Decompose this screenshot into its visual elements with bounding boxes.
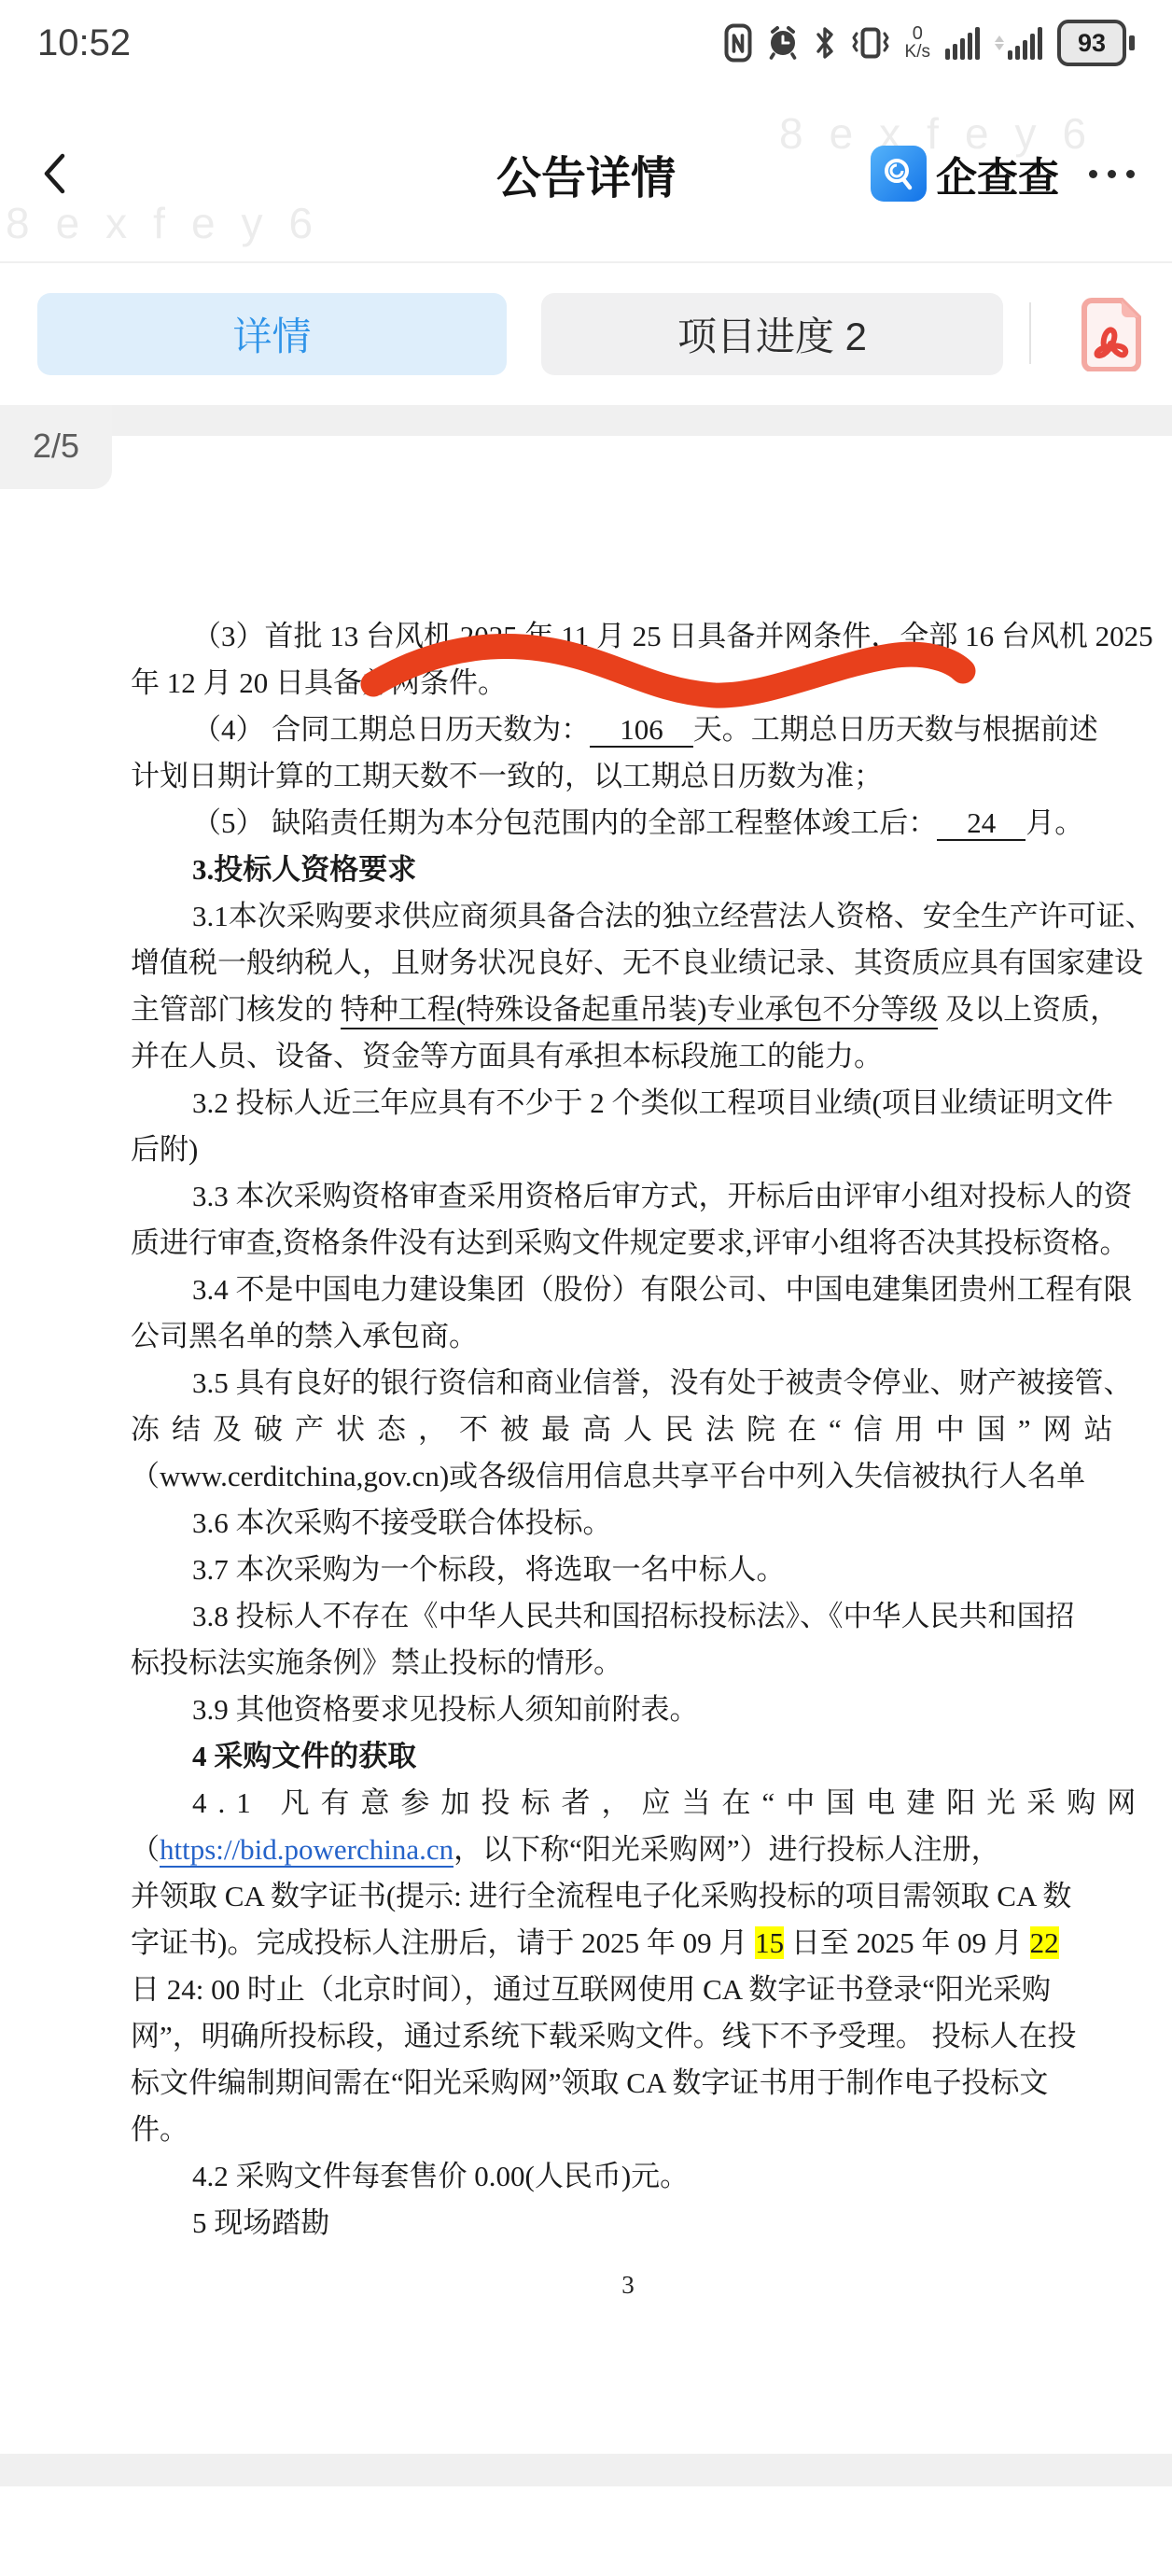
doc-text-run: （ <box>131 1833 160 1866</box>
network-speed-unit: K/s <box>905 43 930 61</box>
doc-text-run: 网”，明确所投标段，通过系统下载采购文件。线下不予受理。 投标人在投 <box>131 2020 1077 2052</box>
doc-line: 冻结及破产状态，不被最高人民法院在“信用中国”网站 <box>131 1407 1125 1453</box>
nfc-icon <box>724 23 752 63</box>
doc-line: 标文件编制期间需在“阳光采购网”领取 CA 数字证书用于制作电子投标文 <box>131 2060 1125 2107</box>
doc-text-run: （www.cerditchina,gov.cn)或各级信用信息共享平台中列入失信… <box>131 1460 1085 1492</box>
alarm-icon <box>767 26 799 60</box>
doc-text-run: 主管部门核发的 <box>131 993 341 1026</box>
network-speed-indicator: 0 K/s <box>905 25 930 61</box>
doc-line: 3.5 具有良好的银行资信和商业信誉，没有处于被责令停业、财产被接管、 <box>131 1360 1125 1407</box>
vibrate-icon <box>851 25 890 61</box>
doc-text-run: 3.投标人资格要求 <box>192 853 416 886</box>
pdf-page-2: （3）首批 13 台风机 2025 年 11 月 25 日具备并网条件，全部 1… <box>0 436 1172 2454</box>
doc-line: （5） 缺陷责任期为本分包范围内的全部工程整体竣工后：24月。 <box>131 800 1125 847</box>
doc-text-run: 月。 <box>1025 806 1083 839</box>
doc-text-run: 标投标法实施条例》禁止投标的情形。 <box>131 1646 622 1679</box>
qichacha-logo-icon <box>871 146 927 202</box>
pdf-viewer[interactable]: （3）首批 13 台风机 2025 年 11 月 25 日具备并网条件，全部 1… <box>0 403 1172 2576</box>
doc-text-run: 3.9 其他资格要求见投标人须知前附表。 <box>192 1693 699 1726</box>
header: 公告详情 企查查 <box>0 86 1172 261</box>
doc-line: 年 12 月 20 日具备并网条件。 <box>131 660 1125 707</box>
doc-text-run: 3.3 本次采购资格审查采用资格后审方式，开标后由评审小组对投标人的资 <box>192 1180 1133 1212</box>
document-link[interactable]: https://bid.powerchina.cn <box>160 1833 453 1868</box>
doc-line: 3.6 本次采购不接受联合体投标。 <box>131 1500 1125 1547</box>
underlined-text: 特种工程(特殊设备起重吊装)专业承包不分等级 <box>341 993 939 1029</box>
doc-line: 网”，明确所投标段，通过系统下载采购文件。线下不予受理。 投标人在投 <box>131 2013 1125 2060</box>
document-text: （3）首批 13 台风机 2025 年 11 月 25 日具备并网条件，全部 1… <box>0 436 1172 2454</box>
bluetooth-icon <box>814 25 836 61</box>
doc-text-run: 5 现场踏勘 <box>192 2206 329 2239</box>
doc-line: 3.4 不是中国电力建设集团（股份）有限公司、中国电建集团贵州工程有限 <box>131 1267 1125 1313</box>
doc-text-run: （4） 合同工期总日历天数为： <box>192 713 590 746</box>
doc-text-run: ，以下称“阳光采购网”）进行投标人注册， <box>453 1833 1000 1866</box>
doc-text-run: 4 采购文件的获取 <box>192 1740 416 1772</box>
doc-line: 后附) <box>131 1127 1125 1173</box>
doc-line: （3）首批 13 台风机 2025 年 11 月 25 日具备并网条件，全部 1… <box>131 613 1125 660</box>
doc-text-run: 件。 <box>131 2113 188 2146</box>
doc-line: 并领取 CA 数字证书(提示: 进行全流程电子化采购投标的项目需领取 CA 数 <box>131 1873 1125 1920</box>
doc-page-number: 3 <box>131 2271 1125 2300</box>
doc-text-run: 4.1 凡有意参加投标者，应当在“中国电建阳光采购网 <box>192 1786 1147 1819</box>
more-menu-button[interactable] <box>1085 161 1138 188</box>
doc-line: 质进行审查,资格条件没有达到采购文件规定要求,评审小组将否决其投标资格。 <box>131 1220 1125 1267</box>
app-screen: 8exfey6 8exfey6 10:52 0 K/s <box>0 0 1172 2576</box>
clock-time: 10:52 <box>37 22 131 64</box>
doc-text-run: 4.2 采购文件每套售价 0.00(人民币)元。 <box>192 2160 689 2192</box>
battery-percent: 93 <box>1078 29 1106 58</box>
doc-text-run: 日至 2025 年 09 月 <box>784 1926 1030 1959</box>
doc-text-run: 公司黑名单的禁入承包商。 <box>131 1320 478 1352</box>
fill-in-blank: 106 <box>590 713 693 748</box>
doc-line: （https://bid.powerchina.cn，以下称“阳光采购网”）进行… <box>131 1827 1125 1873</box>
fill-in-blank: 24 <box>937 806 1025 841</box>
doc-line: 3.3 本次采购资格审查采用资格后审方式，开标后由评审小组对投标人的资 <box>131 1173 1125 1220</box>
doc-text-run: 增值税一般纳税人，且财务状况良好、无不良业绩记录、其资质应具有国家建设 <box>131 946 1143 979</box>
signal-bars-sim1-icon <box>945 27 980 60</box>
doc-text-run: 并领取 CA 数字证书(提示: 进行全流程电子化采购投标的项目需领取 CA 数 <box>131 1880 1071 1912</box>
page-indicator: 2/5 <box>0 403 112 489</box>
doc-line: 3.7 本次采购为一个标段，将选取一名中标人。 <box>131 1547 1125 1593</box>
pdf-icon <box>1079 297 1142 371</box>
doc-text-run: 3.7 本次采购为一个标段，将选取一名中标人。 <box>192 1553 786 1586</box>
doc-line: 计划日期计算的工期天数不一致的，以工期总日历数为准； <box>131 753 1125 800</box>
doc-text-run: 3.1本次采购要求供应商须具备合法的独立经营法人资格、安全生产许可证、 <box>192 900 1154 932</box>
doc-heading-line: 4 采购文件的获取 <box>131 1733 1125 1780</box>
doc-line: 标投标法实施条例》禁止投标的情形。 <box>131 1640 1125 1687</box>
pdf-page-3 <box>0 2486 1172 2576</box>
doc-text-run: （5） 缺陷责任期为本分包范围内的全部工程整体竣工后： <box>192 806 937 839</box>
doc-line: 3.1本次采购要求供应商须具备合法的独立经营法人资格、安全生产许可证、 <box>131 893 1125 940</box>
tab-bar: 详情 项目进度 2 <box>0 261 1172 405</box>
doc-line: 公司黑名单的禁入承包商。 <box>131 1313 1125 1360</box>
doc-text-run: 并在人员、设备、资金等方面具有承担本标段施工的能力。 <box>131 1040 883 1072</box>
doc-text-run: 3.4 不是中国电力建设集团（股份）有限公司、中国电建集团贵州工程有限 <box>192 1273 1133 1306</box>
qichacha-brand[interactable]: 企查查 <box>871 144 1059 203</box>
network-speed-value: 0 <box>913 25 923 43</box>
doc-line: （www.cerditchina,gov.cn)或各级信用信息共享平台中列入失信… <box>131 1453 1125 1500</box>
doc-text-run: 字证书)。完成投标人注册后，请于 2025 年 09 月 <box>131 1926 755 1959</box>
highlighted-text: 15 <box>755 1926 784 1959</box>
tab-details[interactable]: 详情 <box>37 293 507 375</box>
doc-text-run: 3.6 本次采购不接受联合体投标。 <box>192 1506 612 1539</box>
doc-line: 4.1 凡有意参加投标者，应当在“中国电建阳光采购网 <box>131 1780 1125 1827</box>
doc-text-run: 及以上资质， <box>938 993 1119 1026</box>
tab-divider <box>1029 302 1031 364</box>
doc-line: 主管部门核发的 特种工程(特殊设备起重吊装)专业承包不分等级 及以上资质， <box>131 987 1125 1033</box>
doc-text-run: 3.2 投标人近三年应具有不少于 2 个类似工程项目业绩(项目业绩证明文件 <box>192 1086 1113 1119</box>
tab-project-progress[interactable]: 项目进度 2 <box>541 293 1003 375</box>
doc-text-run: 冻结及破产状态，不被最高人民法院在“信用中国”网站 <box>131 1413 1125 1446</box>
status-bar: 10:52 0 K/s <box>0 0 1172 86</box>
doc-line: 5 现场踏勘 <box>131 2200 1125 2247</box>
doc-line: （4） 合同工期总日历天数为：106天。工期总日历天数与根据前述 <box>131 707 1125 753</box>
doc-line: 4.2 采购文件每套售价 0.00(人民币)元。 <box>131 2153 1125 2200</box>
doc-heading-line: 3.投标人资格要求 <box>131 847 1125 893</box>
doc-text-run: 3.5 具有良好的银行资信和商业信誉，没有处于被责令停业、财产被接管、 <box>192 1366 1133 1399</box>
doc-text-run: 年 12 月 20 日具备并网条件。 <box>131 666 507 699</box>
brand-name: 企查查 <box>936 144 1059 203</box>
highlighted-text: 22 <box>1030 1926 1059 1959</box>
doc-line: 日 24: 00 时止（北京时间），通过互联网使用 CA 数字证书登录“阳光采购 <box>131 1967 1125 2013</box>
doc-line: 3.8 投标人不存在《中华人民共和国招标投标法》、《中华人民共和国招 <box>131 1593 1125 1640</box>
doc-line: 并在人员、设备、资金等方面具有承担本标段施工的能力。 <box>131 1033 1125 1080</box>
doc-line: 件。 <box>131 2107 1125 2153</box>
doc-text-run: 后附) <box>131 1133 198 1166</box>
doc-line: 3.2 投标人近三年应具有不少于 2 个类似工程项目业绩(项目业绩证明文件 <box>131 1080 1125 1127</box>
doc-line: 字证书)。完成投标人注册后，请于 2025 年 09 月 15 日至 2025 … <box>131 1920 1125 1967</box>
doc-text-run: （3）首批 13 台风机 2025 年 11 月 25 日具备并网条件，全部 1… <box>192 620 1153 652</box>
data-arrows-icon <box>995 35 1004 50</box>
back-button[interactable] <box>34 149 75 198</box>
doc-line: 增值税一般纳税人，且财务状况良好、无不良业绩记录、其资质应具有国家建设 <box>131 940 1125 987</box>
pdf-file-button[interactable] <box>1071 291 1150 377</box>
doc-line: 3.9 其他资格要求见投标人须知前附表。 <box>131 1687 1125 1733</box>
doc-text-run: 3.8 投标人不存在《中华人民共和国招标投标法》、《中华人民共和国招 <box>192 1600 1075 1632</box>
doc-text-run: 标文件编制期间需在“阳光采购网”领取 CA 数字证书用于制作电子投标文 <box>131 2066 1048 2099</box>
doc-text-run: 质进行审查,资格条件没有达到采购文件规定要求,评审小组将否决其投标资格。 <box>131 1226 1129 1259</box>
doc-text-run: 日 24: 00 时止（北京时间），通过互联网使用 CA 数字证书登录“阳光采购 <box>131 1973 1051 2006</box>
signal-bars-sim2-icon <box>995 27 1042 60</box>
battery-icon: 93 <box>1057 20 1135 66</box>
doc-text-run: 天。工期总日历天数与根据前述 <box>693 713 1098 746</box>
doc-text-run: 计划日期计算的工期天数不一致的，以工期总日历数为准； <box>131 760 883 792</box>
